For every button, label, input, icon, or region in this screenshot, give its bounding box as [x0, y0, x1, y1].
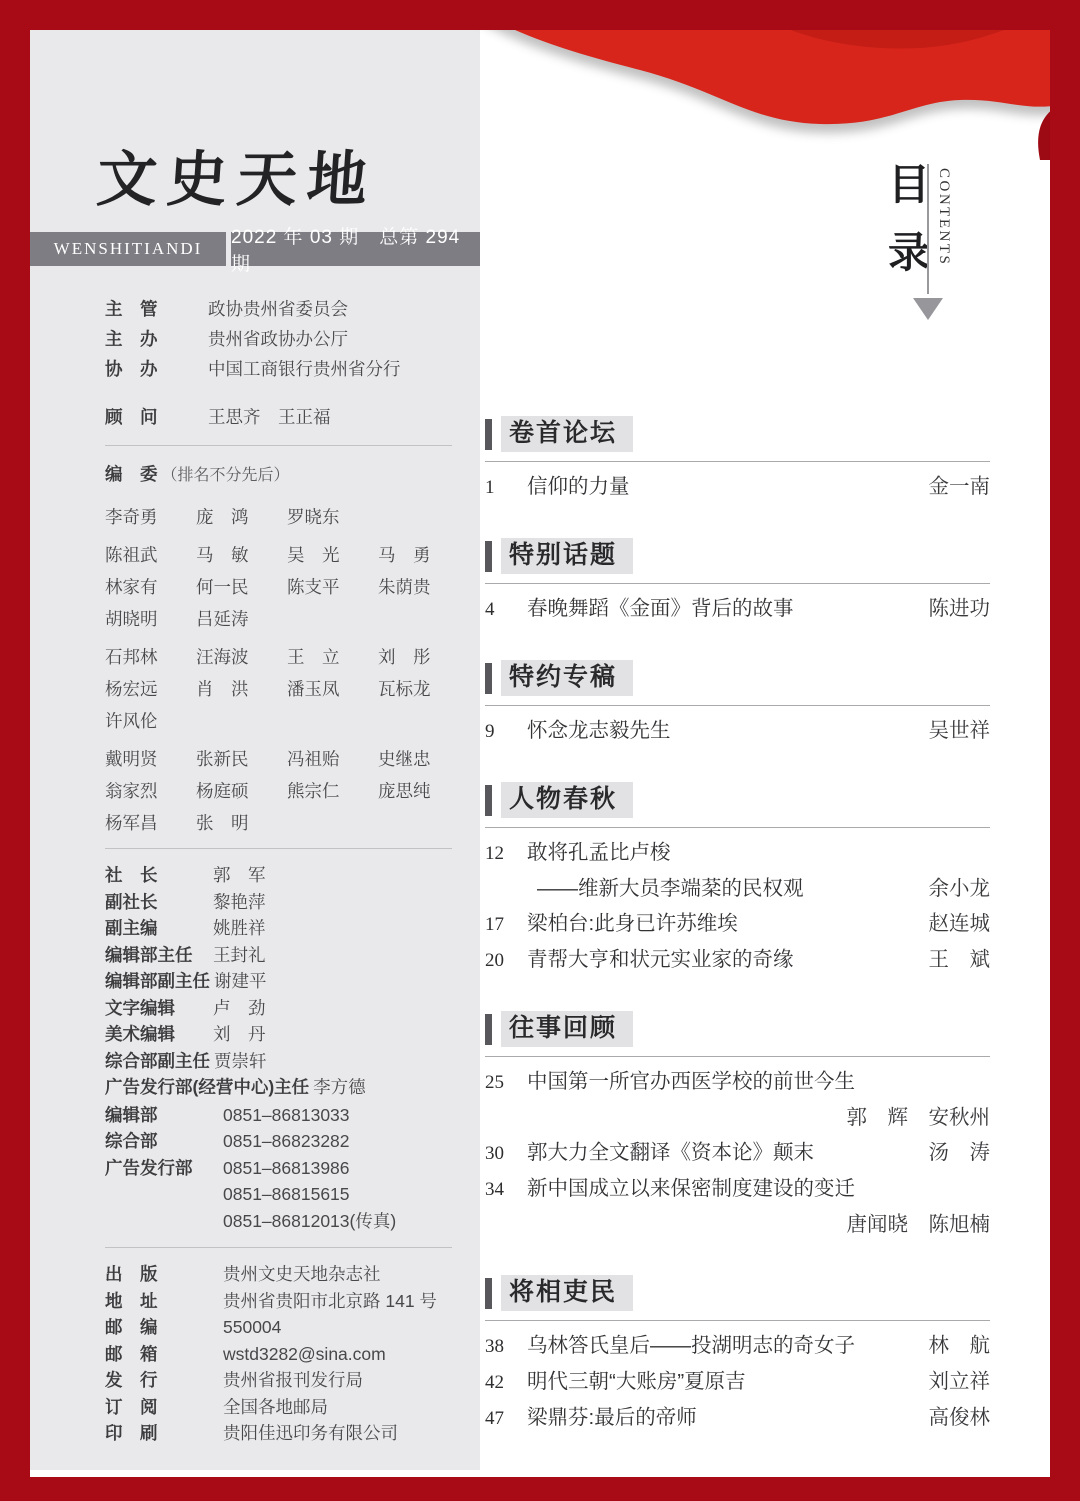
- toc-entry-title: 明代三朝“大账房”夏原吉: [527, 1364, 746, 1399]
- phone-value: 0851–86815615: [223, 1181, 350, 1208]
- board-member: 史继忠: [378, 746, 469, 771]
- publication-rows: 出 版贵州文史天地杂志社地 址贵州省贵阳市北京路 141 号邮 编550004邮…: [105, 1261, 452, 1447]
- board-group-4: 戴明贤张新民冯祖贻史继忠翁家烈杨庭硕熊宗仁庞思纯杨军昌张 明: [105, 746, 452, 835]
- toc-entry-author: 高俊林: [917, 1400, 991, 1435]
- toc-section: 特约专稿9怀念龙志毅先生吴世祥: [485, 660, 990, 749]
- staff-value: 王封礼: [213, 942, 266, 969]
- staff-row: 编辑部副主任谢建平: [105, 968, 452, 995]
- sponsor-label: 主 办: [105, 324, 208, 354]
- toc-entry-author: 金一南: [917, 469, 991, 504]
- toc-section-header: 特约专稿: [485, 660, 990, 706]
- staff-label: 副主编: [105, 915, 209, 942]
- publication-row: 出 版贵州文史天地杂志社: [105, 1261, 452, 1288]
- toc-entry: 42明代三朝“大账房”夏原吉刘立祥: [485, 1364, 990, 1400]
- publication-row: 邮 箱wstd3282@sina.com: [105, 1341, 452, 1368]
- toc-entry-author: 唐闻晓 陈旭楠: [835, 1207, 991, 1242]
- toc-entry-author: 林 航: [917, 1328, 991, 1363]
- staff-value: 卢 劲: [213, 995, 266, 1022]
- editorial-board-list: 李奇勇庞 鸿罗晓东陈祖武马 敏吴 光马 勇林家有何一民陈支平朱荫贵胡晓明吕延涛石…: [105, 504, 452, 835]
- staff-row: 副社长黎艳萍: [105, 889, 452, 916]
- toc-items: 1信仰的力量金一南: [485, 469, 990, 505]
- section-bar-icon: [485, 785, 492, 816]
- board-member: 朱荫贵: [378, 574, 469, 599]
- phone-value: 0851–86813986: [223, 1155, 350, 1182]
- section-bar-icon: [485, 663, 492, 694]
- staff-label: 编辑部副主任: [105, 968, 210, 995]
- toc-section-title: 特约专稿: [501, 660, 633, 696]
- toc-entry-author: 吴世祥: [917, 713, 991, 748]
- toc-entry-author: 赵连城: [917, 906, 991, 941]
- publication-label: 发 行: [105, 1367, 223, 1394]
- advisor-label: 顾 问: [105, 402, 208, 432]
- staff-label: 文字编辑: [105, 995, 209, 1022]
- board-member: 林家有: [105, 574, 196, 599]
- toc-entry-subtitle-row: ——维新大员李端棻的民权观余小龙: [485, 871, 990, 906]
- phone-label: 综合部: [105, 1128, 223, 1155]
- staff-label: 广告发行部(经营中心)主任: [105, 1074, 309, 1101]
- staff-row: 副主编姚胜祥: [105, 915, 452, 942]
- staff-rows: 社 长郭 军副社长黎艳萍副主编姚胜祥编辑部主任王封礼编辑部副主任谢建平文字编辑卢…: [105, 862, 452, 1101]
- publication-row: 地 址贵州省贵阳市北京路 141 号: [105, 1288, 452, 1315]
- phone-row: 综合部0851–86823282: [105, 1128, 452, 1155]
- magazine-logo: 文史天地: [94, 138, 455, 222]
- board-member: 张新民: [196, 746, 287, 771]
- phone-row: 广告发行部0851–86813986: [105, 1155, 452, 1182]
- board-member: 陈祖武: [105, 542, 196, 567]
- advisor-row: 顾 问王思齐 王正福: [105, 402, 452, 432]
- divider: [105, 445, 452, 446]
- toc-items: 38乌林答氏皇后——投湖明志的奇女子林 航42明代三朝“大账房”夏原吉刘立祥47…: [485, 1328, 990, 1436]
- toc-entry: 34新中国成立以来保密制度建设的变迁: [485, 1171, 990, 1207]
- publication-row: 印 刷贵阳佳迅印务有限公司: [105, 1420, 452, 1447]
- toc-section-header: 卷首论坛: [485, 416, 990, 462]
- board-member: 冯祖贻: [287, 746, 378, 771]
- toc-entry-author-row: 郭 辉 安秋州: [485, 1100, 990, 1135]
- table-of-contents: 卷首论坛1信仰的力量金一南特别话题4春晚舞蹈《金面》背后的故事陈进功特约专稿9怀…: [485, 416, 990, 1469]
- staff-label: 副社长: [105, 889, 209, 916]
- board-member: 马 勇: [378, 542, 469, 567]
- board-member: 吕延涛: [196, 606, 287, 631]
- toc-entry-title: 敢将孔孟比卢梭: [527, 835, 671, 870]
- staff-label: 社 长: [105, 862, 209, 889]
- board-member: 庞思纯: [378, 778, 469, 803]
- toc-items: 25中国第一所官办西医学校的前世今生郭 辉 安秋州30郭大力全文翻译《资本论》颠…: [485, 1064, 990, 1242]
- staff-label: 综合部副主任: [105, 1048, 210, 1075]
- board-member: 杨军昌: [105, 810, 196, 835]
- publication-label: 订 阅: [105, 1394, 223, 1421]
- toc-section: 往事回顾25中国第一所官办西医学校的前世今生郭 辉 安秋州30郭大力全文翻译《资…: [485, 1011, 990, 1242]
- sponsor-label: 主 管: [105, 294, 208, 324]
- toc-entry-page: 9: [485, 714, 527, 749]
- sponsor-value: 中国工商银行贵州省分行: [208, 354, 401, 384]
- toc-items: 4春晚舞蹈《金面》背后的故事陈进功: [485, 591, 990, 627]
- toc-section-header: 人物春秋: [485, 782, 990, 828]
- toc-entry: 20青帮大亨和状元实业家的奇缘王 斌: [485, 942, 990, 978]
- phone-label: 广告发行部: [105, 1155, 223, 1182]
- toc-section-title: 卷首论坛: [501, 416, 633, 452]
- board-member: 罗晓东: [287, 504, 378, 529]
- toc-entry: 4春晚舞蹈《金面》背后的故事陈进功: [485, 591, 990, 627]
- toc-entry-author-row: 唐闻晓 陈旭楠: [485, 1207, 990, 1242]
- section-bar-icon: [485, 1014, 492, 1045]
- phone-row: 0851–86815615: [105, 1181, 452, 1208]
- toc-entry-author: 余小龙: [917, 871, 991, 906]
- publication-value: 贵州省报刊发行局: [223, 1367, 363, 1394]
- sponsor-row: 主 管政协贵州省委员会: [105, 294, 452, 324]
- toc-entry-title: 梁鼎芬:最后的帝师: [527, 1400, 697, 1435]
- publication-value: 550004: [223, 1314, 281, 1341]
- board-label: 编 委: [105, 464, 158, 484]
- phone-row: 0851–86812013(传真): [105, 1208, 452, 1235]
- issue-bar: WENSHITIANDI 2022 年 03 期 总第 294 期: [30, 232, 480, 266]
- toc-entry: 17梁柏台:此身已许苏维埃赵连城: [485, 906, 990, 942]
- toc-entry: 12敢将孔孟比卢梭: [485, 835, 990, 871]
- toc-entry-page: 30: [485, 1136, 527, 1171]
- publication-label: 邮 编: [105, 1314, 223, 1341]
- publication-row: 订 阅全国各地邮局: [105, 1394, 452, 1421]
- staff-value: 郭 军: [213, 862, 266, 889]
- board-group-1: 李奇勇庞 鸿罗晓东: [105, 504, 452, 529]
- toc-section-title: 特别话题: [501, 538, 633, 574]
- toc-entry-page: 12: [485, 836, 527, 871]
- down-arrow-icon: [913, 298, 943, 320]
- board-member: 何一民: [196, 574, 287, 599]
- board-note: （排名不分先后）: [162, 467, 290, 484]
- board-member: 潘玉凤: [287, 676, 378, 701]
- publication-row: 邮 编550004: [105, 1314, 452, 1341]
- publication-label: 出 版: [105, 1261, 223, 1288]
- toc-entry-page: 1: [485, 470, 527, 505]
- publication-value: 贵州文史天地杂志社: [223, 1261, 381, 1288]
- toc-entry-page: 47: [485, 1401, 527, 1436]
- toc-entry-author: 王 斌: [917, 942, 991, 977]
- editorial-board-heading: 编 委（排名不分先后）: [105, 459, 452, 491]
- toc-entry-page: 42: [485, 1365, 527, 1400]
- section-bar-icon: [485, 1278, 492, 1309]
- toc-items: 9怀念龙志毅先生吴世祥: [485, 713, 990, 749]
- board-member: 熊宗仁: [287, 778, 378, 803]
- toc-entry-title: 青帮大亨和状元实业家的奇缘: [527, 942, 794, 977]
- toc-entry-title: 中国第一所官办西医学校的前世今生: [527, 1064, 855, 1099]
- board-group-2: 陈祖武马 敏吴 光马 勇林家有何一民陈支平朱荫贵胡晓明吕延涛: [105, 542, 452, 631]
- advisor-value: 王思齐 王正福: [208, 402, 331, 432]
- issue-info: 2022 年 03 期 总第 294 期: [231, 232, 480, 266]
- section-bar-icon: [485, 419, 492, 450]
- phone-value: 0851–86813033: [223, 1102, 350, 1129]
- board-member: 张 明: [196, 810, 287, 835]
- toc-entry: 9怀念龙志毅先生吴世祥: [485, 713, 990, 749]
- publication-label: 印 刷: [105, 1420, 223, 1447]
- phone-value: 0851–86812013(传真): [223, 1208, 396, 1235]
- toc-entry-subtitle: ——维新大员李端棻的民权观: [485, 871, 804, 906]
- toc-entry-title: 梁柏台:此身已许苏维埃: [527, 906, 738, 941]
- publication-value: 全国各地邮局: [223, 1394, 328, 1421]
- toc-section: 特别话题4春晚舞蹈《金面》背后的故事陈进功: [485, 538, 990, 627]
- toc-entry: 1信仰的力量金一南: [485, 469, 990, 505]
- staff-value: 刘 丹: [213, 1021, 266, 1048]
- sponsor-label: 协 办: [105, 354, 208, 384]
- advisor-row: 顾 问王思齐 王正福: [105, 402, 452, 432]
- toc-entry-title: 信仰的力量: [527, 469, 630, 504]
- toc-section-title: 将相吏民: [501, 1275, 633, 1311]
- staff-row: 文字编辑卢 劲: [105, 995, 452, 1022]
- staff-row: 广告发行部(经营中心)主任李方德: [105, 1074, 452, 1101]
- board-member: 胡晓明: [105, 606, 196, 631]
- masthead-panel: 文史天地 WENSHITIANDI 2022 年 03 期 总第 294 期 主…: [30, 30, 480, 1470]
- sponsor-value: 政协贵州省委员会: [208, 294, 348, 324]
- board-member: 石邦林: [105, 644, 196, 669]
- toc-section: 卷首论坛1信仰的力量金一南: [485, 416, 990, 505]
- board-member: 马 敏: [196, 542, 287, 567]
- toc-section: 将相吏民38乌林答氏皇后——投湖明志的奇女子林 航42明代三朝“大账房”夏原吉刘…: [485, 1275, 990, 1436]
- red-flag-decoration: [440, 30, 1050, 160]
- staff-row: 编辑部主任王封礼: [105, 942, 452, 969]
- toc-entry-page: 20: [485, 943, 527, 978]
- sponsor-rows: 主 管政协贵州省委员会主 办贵州省政协办公厅协 办中国工商银行贵州省分行: [105, 294, 452, 384]
- staff-value: 黎艳萍: [213, 889, 266, 916]
- toc-entry-page: 25: [485, 1065, 527, 1100]
- phone-rows: 编辑部0851–86813033综合部0851–86823282广告发行部085…: [105, 1102, 452, 1235]
- divider: [105, 1247, 452, 1248]
- board-member: 王 立: [287, 644, 378, 669]
- toc-entry: 38乌林答氏皇后——投湖明志的奇女子林 航: [485, 1328, 990, 1364]
- toc-entry-author: 刘立祥: [917, 1364, 991, 1399]
- staff-row: 美术编辑刘 丹: [105, 1021, 452, 1048]
- staff-label: 美术编辑: [105, 1021, 209, 1048]
- staff-label: 编辑部主任: [105, 942, 209, 969]
- sponsor-row: 主 办贵州省政协办公厅: [105, 324, 452, 354]
- publication-row: 发 行贵州省报刊发行局: [105, 1367, 452, 1394]
- magazine-logo-en: WENSHITIANDI: [30, 232, 226, 266]
- toc-section-header: 特别话题: [485, 538, 990, 584]
- toc-section-header: 将相吏民: [485, 1275, 990, 1321]
- toc-section: 人物春秋12敢将孔孟比卢梭——维新大员李端棻的民权观余小龙17梁柏台:此身已许苏…: [485, 782, 990, 978]
- phone-label: [105, 1208, 223, 1235]
- phone-label: 编辑部: [105, 1102, 223, 1129]
- contents-title-en: CONTENTS: [935, 168, 952, 266]
- page: 文史天地 WENSHITIANDI 2022 年 03 期 总第 294 期 主…: [30, 30, 1050, 1477]
- toc-entry-author: 郭 辉 安秋州: [835, 1100, 991, 1135]
- toc-entry-title: 春晚舞蹈《金面》背后的故事: [527, 591, 794, 626]
- toc-entry-page: 17: [485, 907, 527, 942]
- toc-entry-page: 34: [485, 1172, 527, 1207]
- toc-section-header: 往事回顾: [485, 1011, 990, 1057]
- board-member: 吴 光: [287, 542, 378, 567]
- toc-entry-title: 郭大力全文翻译《资本论》颠末: [527, 1135, 814, 1170]
- toc-entry-title: 新中国成立以来保密制度建设的变迁: [527, 1171, 855, 1206]
- board-member: 肖 洪: [196, 676, 287, 701]
- board-member: 杨宏远: [105, 676, 196, 701]
- toc-entry-title: 怀念龙志毅先生: [527, 713, 671, 748]
- staff-value: 贾崇轩: [214, 1048, 267, 1075]
- toc-entry: 30郭大力全文翻译《资本论》颠末汤 涛: [485, 1135, 990, 1171]
- board-member: 汪海波: [196, 644, 287, 669]
- staff-value: 李方德: [313, 1074, 366, 1101]
- phone-value: 0851–86823282: [223, 1128, 350, 1155]
- staff-row: 社 长郭 军: [105, 862, 452, 889]
- board-member: 庞 鸿: [196, 504, 287, 529]
- magazine-toc-page: { "magazine": { "logo": "文史天地", "logo_en…: [0, 0, 1080, 1501]
- phone-label: [105, 1181, 223, 1208]
- board-member: 翁家烈: [105, 778, 196, 803]
- board-member: 李奇勇: [105, 504, 196, 529]
- sponsor-row: 协 办中国工商银行贵州省分行: [105, 354, 452, 384]
- board-member: 许风伦: [105, 708, 196, 733]
- toc-section-title: 往事回顾: [501, 1011, 633, 1047]
- toc-entry: 47梁鼎芬:最后的帝师高俊林: [485, 1400, 990, 1436]
- contents-divider-line: [927, 164, 929, 294]
- toc-entry-title: 乌林答氏皇后——投湖明志的奇女子: [527, 1328, 855, 1363]
- publication-value: 贵阳佳迅印务有限公司: [223, 1420, 398, 1447]
- publication-label: 邮 箱: [105, 1341, 223, 1368]
- toc-entry-author: 汤 涛: [917, 1135, 991, 1170]
- toc-items: 12敢将孔孟比卢梭——维新大员李端棻的民权观余小龙17梁柏台:此身已许苏维埃赵连…: [485, 835, 990, 978]
- board-member: 刘 彤: [378, 644, 469, 669]
- board-member: 戴明贤: [105, 746, 196, 771]
- section-bar-icon: [485, 541, 492, 572]
- publication-label: 地 址: [105, 1288, 223, 1315]
- toc-section-title: 人物春秋: [501, 782, 633, 818]
- sponsor-value: 贵州省政协办公厅: [208, 324, 348, 354]
- divider: [105, 848, 452, 849]
- staff-row: 综合部副主任贾崇轩: [105, 1048, 452, 1075]
- toc-entry-author: 陈进功: [917, 591, 991, 626]
- toc-entry-page: 38: [485, 1329, 527, 1364]
- staff-value: 姚胜祥: [213, 915, 266, 942]
- board-member: 陈支平: [287, 574, 378, 599]
- board-group-3: 石邦林汪海波王 立刘 彤杨宏远肖 洪潘玉凤瓦标龙许风伦: [105, 644, 452, 733]
- phone-row: 编辑部0851–86813033: [105, 1102, 452, 1129]
- board-member: 杨庭硕: [196, 778, 287, 803]
- publication-value: 贵州省贵阳市北京路 141 号: [223, 1288, 437, 1315]
- toc-entry-page: 4: [485, 592, 527, 627]
- publication-value: wstd3282@sina.com: [223, 1341, 386, 1368]
- board-member: 瓦标龙: [378, 676, 469, 701]
- staff-value: 谢建平: [214, 968, 267, 995]
- toc-entry: 25中国第一所官办西医学校的前世今生: [485, 1064, 990, 1100]
